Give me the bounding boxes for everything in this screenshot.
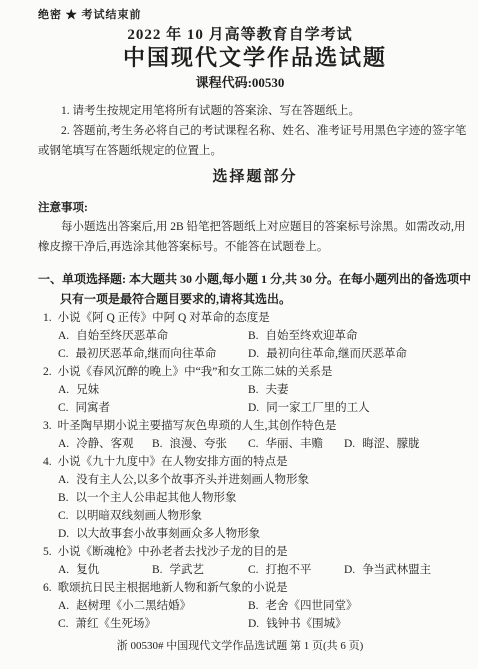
option-group: A.冷静、客观B.浪漫、夸张C.华丽、丰赡D.晦涩、朦胧	[58, 435, 472, 453]
question-number: 4.	[43, 456, 52, 468]
instruction-item: 1. 请考生按规定用笔将所有试题的答案涂、写在答题纸上。	[38, 101, 472, 121]
option-B: B.自始至终欢迎革命	[248, 327, 472, 345]
question-number: 1.	[43, 312, 52, 324]
option-letter: C.	[58, 402, 69, 414]
option-letter: D.	[248, 402, 259, 414]
option-letter: C.	[58, 348, 69, 360]
option-C: C.同寓者	[58, 399, 248, 417]
option-letter: A.	[58, 384, 69, 396]
option-letter: D.	[248, 618, 259, 630]
question-stem: 6.歌颂抗日民主根据地新人物和新气象的小说是	[43, 579, 472, 597]
question-stem: 2.小说《春风沉醉的晚上》中“我”和女工陈二妹的关系是	[43, 363, 472, 381]
option-A: A.没有主人公,以多个故事齐头并进刻画人物形象	[58, 471, 472, 489]
option-group: A.兄妹B.夫妻C.同寓者D.同一家工厂里的工人	[58, 381, 472, 417]
question-number: 3.	[43, 420, 52, 432]
question-stem: 3.叶圣陶早期小说主要描写灰色卑琐的人生,其创作特色是	[43, 417, 472, 435]
option-letter: B.	[248, 600, 259, 612]
question-number: 6.	[43, 582, 52, 594]
part-one-heading: 一、单项选择题: 本大题共 30 小题,每小题 1 分,共 30 分。在每小题列…	[38, 269, 472, 309]
option-letter: C.	[58, 510, 69, 522]
option-A: A.赵树理《小二黑结婚》	[58, 597, 248, 615]
exam-title: 中国现代文学作品选试题	[38, 45, 472, 71]
question-stem: 1.小说《阿 Q 正传》中阿 Q 对革命的态度是	[43, 309, 472, 327]
question: 3.叶圣陶早期小说主要描写灰色卑琐的人生,其创作特色是A.冷静、客观B.浪漫、夸…	[38, 417, 472, 453]
option-group: A.复仇B.学武艺C.打抱不平D.争当武林盟主	[58, 561, 472, 579]
option-letter: B.	[248, 384, 259, 396]
option-C: C.萧红《生死场》	[58, 615, 248, 633]
option-letter: B.	[152, 438, 163, 450]
option-C: C.以明暗双线刻画人物形象	[58, 507, 472, 525]
option-letter: D.	[344, 564, 355, 576]
option-D: D.钱钟书《围城》	[248, 615, 472, 633]
option-D: D.同一家工厂里的工人	[248, 399, 472, 417]
question: 6.歌颂抗日民主根据地新人物和新气象的小说是A.赵树理《小二黑结婚》B.老舍《四…	[38, 579, 472, 633]
option-letter: D.	[248, 348, 259, 360]
option-C: C.最初厌恶革命,继而向往革命	[58, 345, 248, 363]
option-letter: A.	[58, 600, 69, 612]
option-A: A.兄妹	[58, 381, 248, 399]
option-D: D.晦涩、朦胧	[344, 435, 472, 453]
section-title: 选择题部分	[38, 167, 472, 187]
option-letter: C.	[248, 438, 259, 450]
option-letter: B.	[58, 492, 69, 504]
option-group: A.赵树理《小二黑结婚》B.老舍《四世同堂》C.萧红《生死场》D.钱钟书《围城》	[58, 597, 472, 633]
notes-title: 注意事项:	[38, 199, 472, 217]
option-B: B.夫妻	[248, 381, 472, 399]
course-code: 课程代码:00530	[8, 75, 472, 91]
exam-page: 绝密 ★ 考试结束前 2022 年 10 月高等教育自学考试 中国现代文学作品选…	[0, 0, 478, 669]
option-B: B.以一个主人公串起其他人物形象	[58, 489, 472, 507]
option-A: A.复仇	[58, 561, 152, 579]
option-D: D.以大故事套小故事刻画众多人物形象	[58, 525, 472, 543]
question-stem: 4.小说《九十九度中》在人物安排方面的特点是	[43, 453, 472, 471]
question: 5.小说《断魂枪》中孙老者去找沙子龙的目的是A.复仇B.学武艺C.打抱不平D.争…	[38, 543, 472, 579]
option-B: B.浪漫、夸张	[152, 435, 248, 453]
security-classification: 绝密 ★ 考试结束前	[38, 8, 472, 23]
page-footer: 浙 00530# 中国现代文学作品选试题 第 1 页(共 6 页)	[8, 639, 472, 653]
option-letter: C.	[248, 564, 259, 576]
option-letter: B.	[152, 564, 163, 576]
question: 2.小说《春风沉醉的晚上》中“我”和女工陈二妹的关系是A.兄妹B.夫妻C.同寓者…	[38, 363, 472, 417]
exam-instructions: 1. 请考生按规定用笔将所有试题的答案涂、写在答题纸上。2. 答题前,考生务必将…	[38, 101, 472, 161]
option-B: B.学武艺	[152, 561, 248, 579]
question-list: 1.小说《阿 Q 正传》中阿 Q 对革命的态度是A.自始至终厌恶革命B.自始至终…	[38, 309, 472, 633]
question-stem: 5.小说《断魂枪》中孙老者去找沙子龙的目的是	[43, 543, 472, 561]
option-D: D.最初向往革命,继而厌恶革命	[248, 345, 472, 363]
option-group: A.没有主人公,以多个故事齐头并进刻画人物形象B.以一个主人公串起其他人物形象C…	[58, 471, 472, 543]
option-letter: A.	[58, 474, 69, 486]
option-letter: B.	[248, 330, 259, 342]
instruction-item: 2. 答题前,考生务必将自己的考试课程名称、姓名、准考证号用黑色字迹的签字笔或钢…	[38, 121, 472, 161]
option-letter: A.	[58, 564, 69, 576]
option-A: A.冷静、客观	[58, 435, 152, 453]
option-A: A.自始至终厌恶革命	[58, 327, 248, 345]
option-letter: D.	[344, 438, 355, 450]
option-C: C.华丽、丰赡	[248, 435, 344, 453]
option-letter: A.	[58, 438, 69, 450]
question-number: 5.	[43, 546, 52, 558]
option-letter: A.	[58, 330, 69, 342]
question-number: 2.	[43, 366, 52, 378]
question: 1.小说《阿 Q 正传》中阿 Q 对革命的态度是A.自始至终厌恶革命B.自始至终…	[38, 309, 472, 363]
option-letter: C.	[58, 618, 69, 630]
option-group: A.自始至终厌恶革命B.自始至终欢迎革命C.最初厌恶革命,继而向往革命D.最初向…	[58, 327, 472, 363]
option-letter: D.	[58, 528, 69, 540]
question: 4.小说《九十九度中》在人物安排方面的特点是A.没有主人公,以多个故事齐头并进刻…	[38, 453, 472, 543]
exam-session-title: 2022 年 10 月高等教育自学考试	[8, 25, 472, 45]
option-C: C.打抱不平	[248, 561, 344, 579]
option-D: D.争当武林盟主	[344, 561, 472, 579]
notes-body: 每小题选出答案后,用 2B 铅笔把答题纸上对应题目的答案标号涂黑。如需改动,用橡…	[38, 217, 472, 257]
option-B: B.老舍《四世同堂》	[248, 597, 472, 615]
